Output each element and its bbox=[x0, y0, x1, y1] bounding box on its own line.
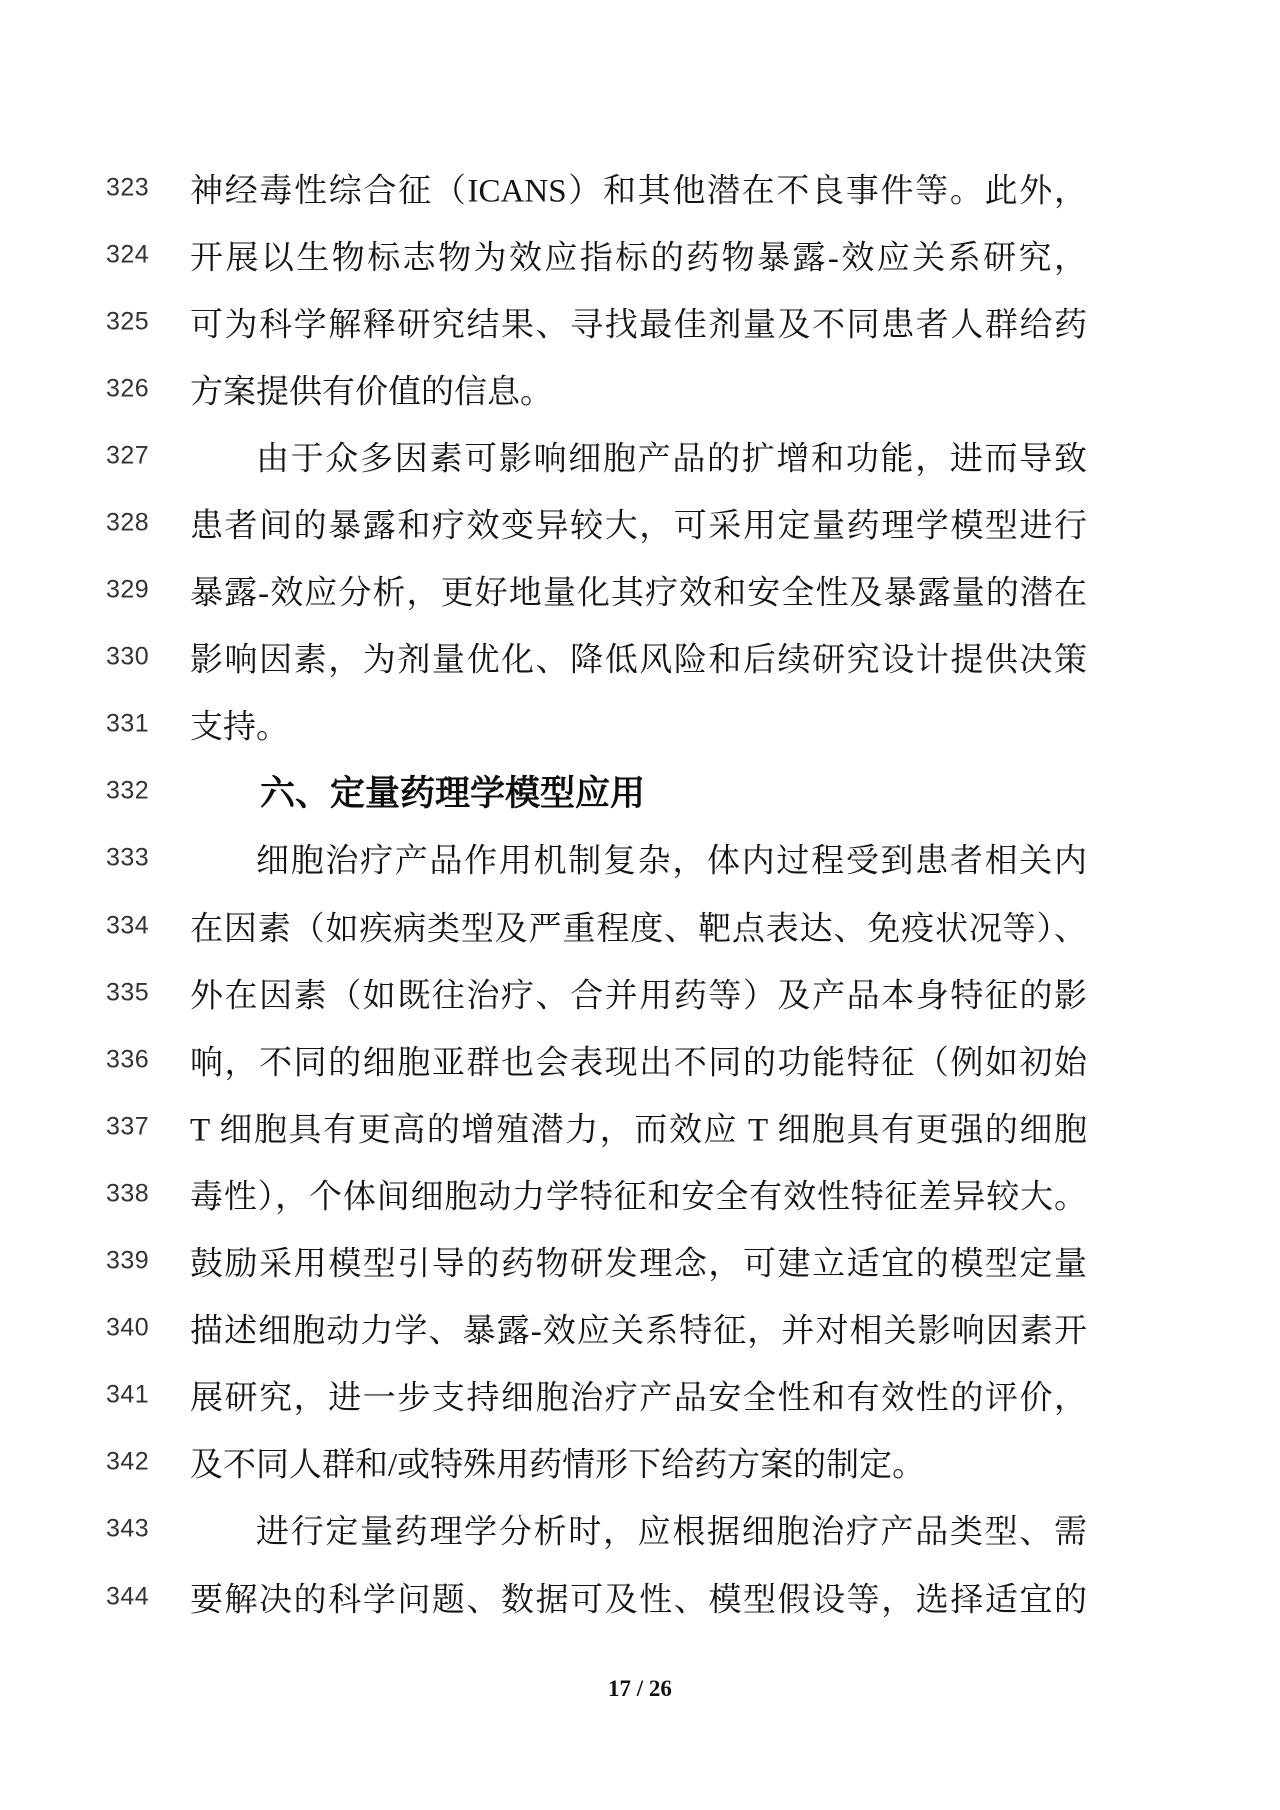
line-text: T 细胞具有更高的增殖潜力，而效应 T 细胞具有更强的细胞 bbox=[190, 1103, 1087, 1150]
line-row: 329 暴露-效应分析，更好地量化其疗效和安全性及暴露量的潜在 bbox=[0, 557, 1280, 624]
line-text: 及不同人群和/或特殊用药情形下给药方案的制定。 bbox=[190, 1439, 1087, 1486]
line-number: 342 bbox=[106, 1448, 149, 1477]
line-row: 335 外在因素（如既往治疗、合并用药等）及产品本身特征的影 bbox=[0, 959, 1280, 1026]
line-text: 毒性），个体间细胞动力学特征和安全有效性特征差异较大。 bbox=[190, 1170, 1087, 1217]
line-number: 331 bbox=[106, 710, 149, 739]
line-number: 330 bbox=[106, 643, 149, 672]
line-row: 339 鼓励采用模型引导的药物研发理念，可建立适宜的模型定量 bbox=[0, 1228, 1280, 1295]
line-text: 神经毒性综合征（ICANS）和其他潜在不良事件等。此外， bbox=[190, 164, 1087, 211]
line-row: 341 展研究，进一步支持细胞治疗产品安全性和有效性的评价， bbox=[0, 1362, 1280, 1429]
line-text: 响，不同的细胞亚群也会表现出不同的功能特征（例如初始 bbox=[190, 1036, 1087, 1083]
line-number: 327 bbox=[106, 441, 149, 470]
line-text: 描述细胞动力学、暴露-效应关系特征，并对相关影响因素开 bbox=[190, 1305, 1087, 1352]
line-number: 332 bbox=[106, 777, 149, 806]
line-row: 331 支持。 bbox=[0, 691, 1280, 758]
line-text: 可为科学解释研究结果、寻找最佳剂量及不同患者人群给药 bbox=[190, 298, 1087, 345]
line-text: 由于众多因素可影响细胞产品的扩增和功能，进而导致 bbox=[190, 432, 1087, 479]
line-row: 342 及不同人群和/或特殊用药情形下给药方案的制定。 bbox=[0, 1429, 1280, 1496]
section-heading-row: 332 六、定量药理学模型应用 bbox=[0, 758, 1280, 825]
line-row: 323 神经毒性综合征（ICANS）和其他潜在不良事件等。此外， bbox=[0, 154, 1280, 221]
line-text: 支持。 bbox=[190, 701, 1087, 748]
line-text: 患者间的暴露和疗效变异较大，可采用定量药理学模型进行 bbox=[190, 500, 1087, 547]
line-row: 338 毒性），个体间细胞动力学特征和安全有效性特征差异较大。 bbox=[0, 1160, 1280, 1227]
line-row: 334 在因素（如疾病类型及严重程度、靶点表达、免疫状况等）、 bbox=[0, 892, 1280, 959]
line-row: 333 细胞治疗产品作用机制复杂，体内过程受到患者相关内 bbox=[0, 825, 1280, 892]
line-number: 341 bbox=[106, 1381, 149, 1410]
line-number: 339 bbox=[106, 1247, 149, 1276]
line-number: 338 bbox=[106, 1179, 149, 1208]
line-number: 324 bbox=[106, 240, 149, 269]
line-number: 344 bbox=[106, 1582, 149, 1611]
line-row: 340 描述细胞动力学、暴露-效应关系特征，并对相关影响因素开 bbox=[0, 1295, 1280, 1362]
line-text: 开展以生物标志物为效应指标的药物暴露-效应关系研究， bbox=[190, 231, 1087, 278]
line-number: 334 bbox=[106, 911, 149, 940]
line-number: 325 bbox=[106, 307, 149, 336]
line-number: 343 bbox=[106, 1515, 149, 1544]
line-text: 进行定量药理学分析时，应根据细胞治疗产品类型、需 bbox=[190, 1506, 1087, 1553]
line-row: 328 患者间的暴露和疗效变异较大，可采用定量药理学模型进行 bbox=[0, 489, 1280, 556]
line-text: 细胞治疗产品作用机制复杂，体内过程受到患者相关内 bbox=[190, 835, 1087, 882]
line-text: 六、定量药理学模型应用 bbox=[190, 766, 1087, 816]
line-row: 344 要解决的科学问题、数据可及性、模型假设等，选择适宜的 bbox=[0, 1563, 1280, 1630]
line-text: 展研究，进一步支持细胞治疗产品安全性和有效性的评价， bbox=[190, 1372, 1087, 1419]
line-text: 影响因素，为剂量优化、降低风险和后续研究设计提供决策 bbox=[190, 634, 1087, 681]
line-number: 335 bbox=[106, 978, 149, 1007]
line-number: 336 bbox=[106, 1045, 149, 1074]
line-row: 330 影响因素，为剂量优化、降低风险和后续研究设计提供决策 bbox=[0, 624, 1280, 691]
line-number: 329 bbox=[106, 576, 149, 605]
line-text: 暴露-效应分析，更好地量化其疗效和安全性及暴露量的潜在 bbox=[190, 567, 1087, 614]
line-row: 326 方案提供有价值的信息。 bbox=[0, 355, 1280, 422]
line-text: 鼓励采用模型引导的药物研发理念，可建立适宜的模型定量 bbox=[190, 1238, 1087, 1285]
line-row: 343 进行定量药理学分析时，应根据细胞治疗产品类型、需 bbox=[0, 1496, 1280, 1563]
line-row: 337 T 细胞具有更高的增殖潜力，而效应 T 细胞具有更强的细胞 bbox=[0, 1093, 1280, 1160]
line-row: 325 可为科学解释研究结果、寻找最佳剂量及不同患者人群给药 bbox=[0, 288, 1280, 355]
line-number: 340 bbox=[106, 1314, 149, 1343]
line-text: 外在因素（如既往治疗、合并用药等）及产品本身特征的影 bbox=[190, 969, 1087, 1016]
line-number: 337 bbox=[106, 1112, 149, 1141]
line-number: 323 bbox=[106, 173, 149, 202]
document-lines: 323 神经毒性综合征（ICANS）和其他潜在不良事件等。此外， 324 开展以… bbox=[0, 154, 1280, 1630]
line-row: 336 响，不同的细胞亚群也会表现出不同的功能特征（例如初始 bbox=[0, 1026, 1280, 1093]
line-number: 328 bbox=[106, 509, 149, 538]
line-number: 333 bbox=[106, 844, 149, 873]
document-page: 323 神经毒性综合征（ICANS）和其他潜在不良事件等。此外， 324 开展以… bbox=[0, 0, 1280, 1810]
line-number: 326 bbox=[106, 374, 149, 403]
line-text: 在因素（如疾病类型及严重程度、靶点表达、免疫状况等）、 bbox=[190, 902, 1087, 949]
line-text: 要解决的科学问题、数据可及性、模型假设等，选择适宜的 bbox=[190, 1573, 1087, 1620]
line-text: 方案提供有价值的信息。 bbox=[190, 365, 1087, 412]
page-number: 17 / 26 bbox=[0, 1676, 1280, 1702]
line-row: 324 开展以生物标志物为效应指标的药物暴露-效应关系研究， bbox=[0, 221, 1280, 288]
line-row: 327 由于众多因素可影响细胞产品的扩增和功能，进而导致 bbox=[0, 422, 1280, 489]
